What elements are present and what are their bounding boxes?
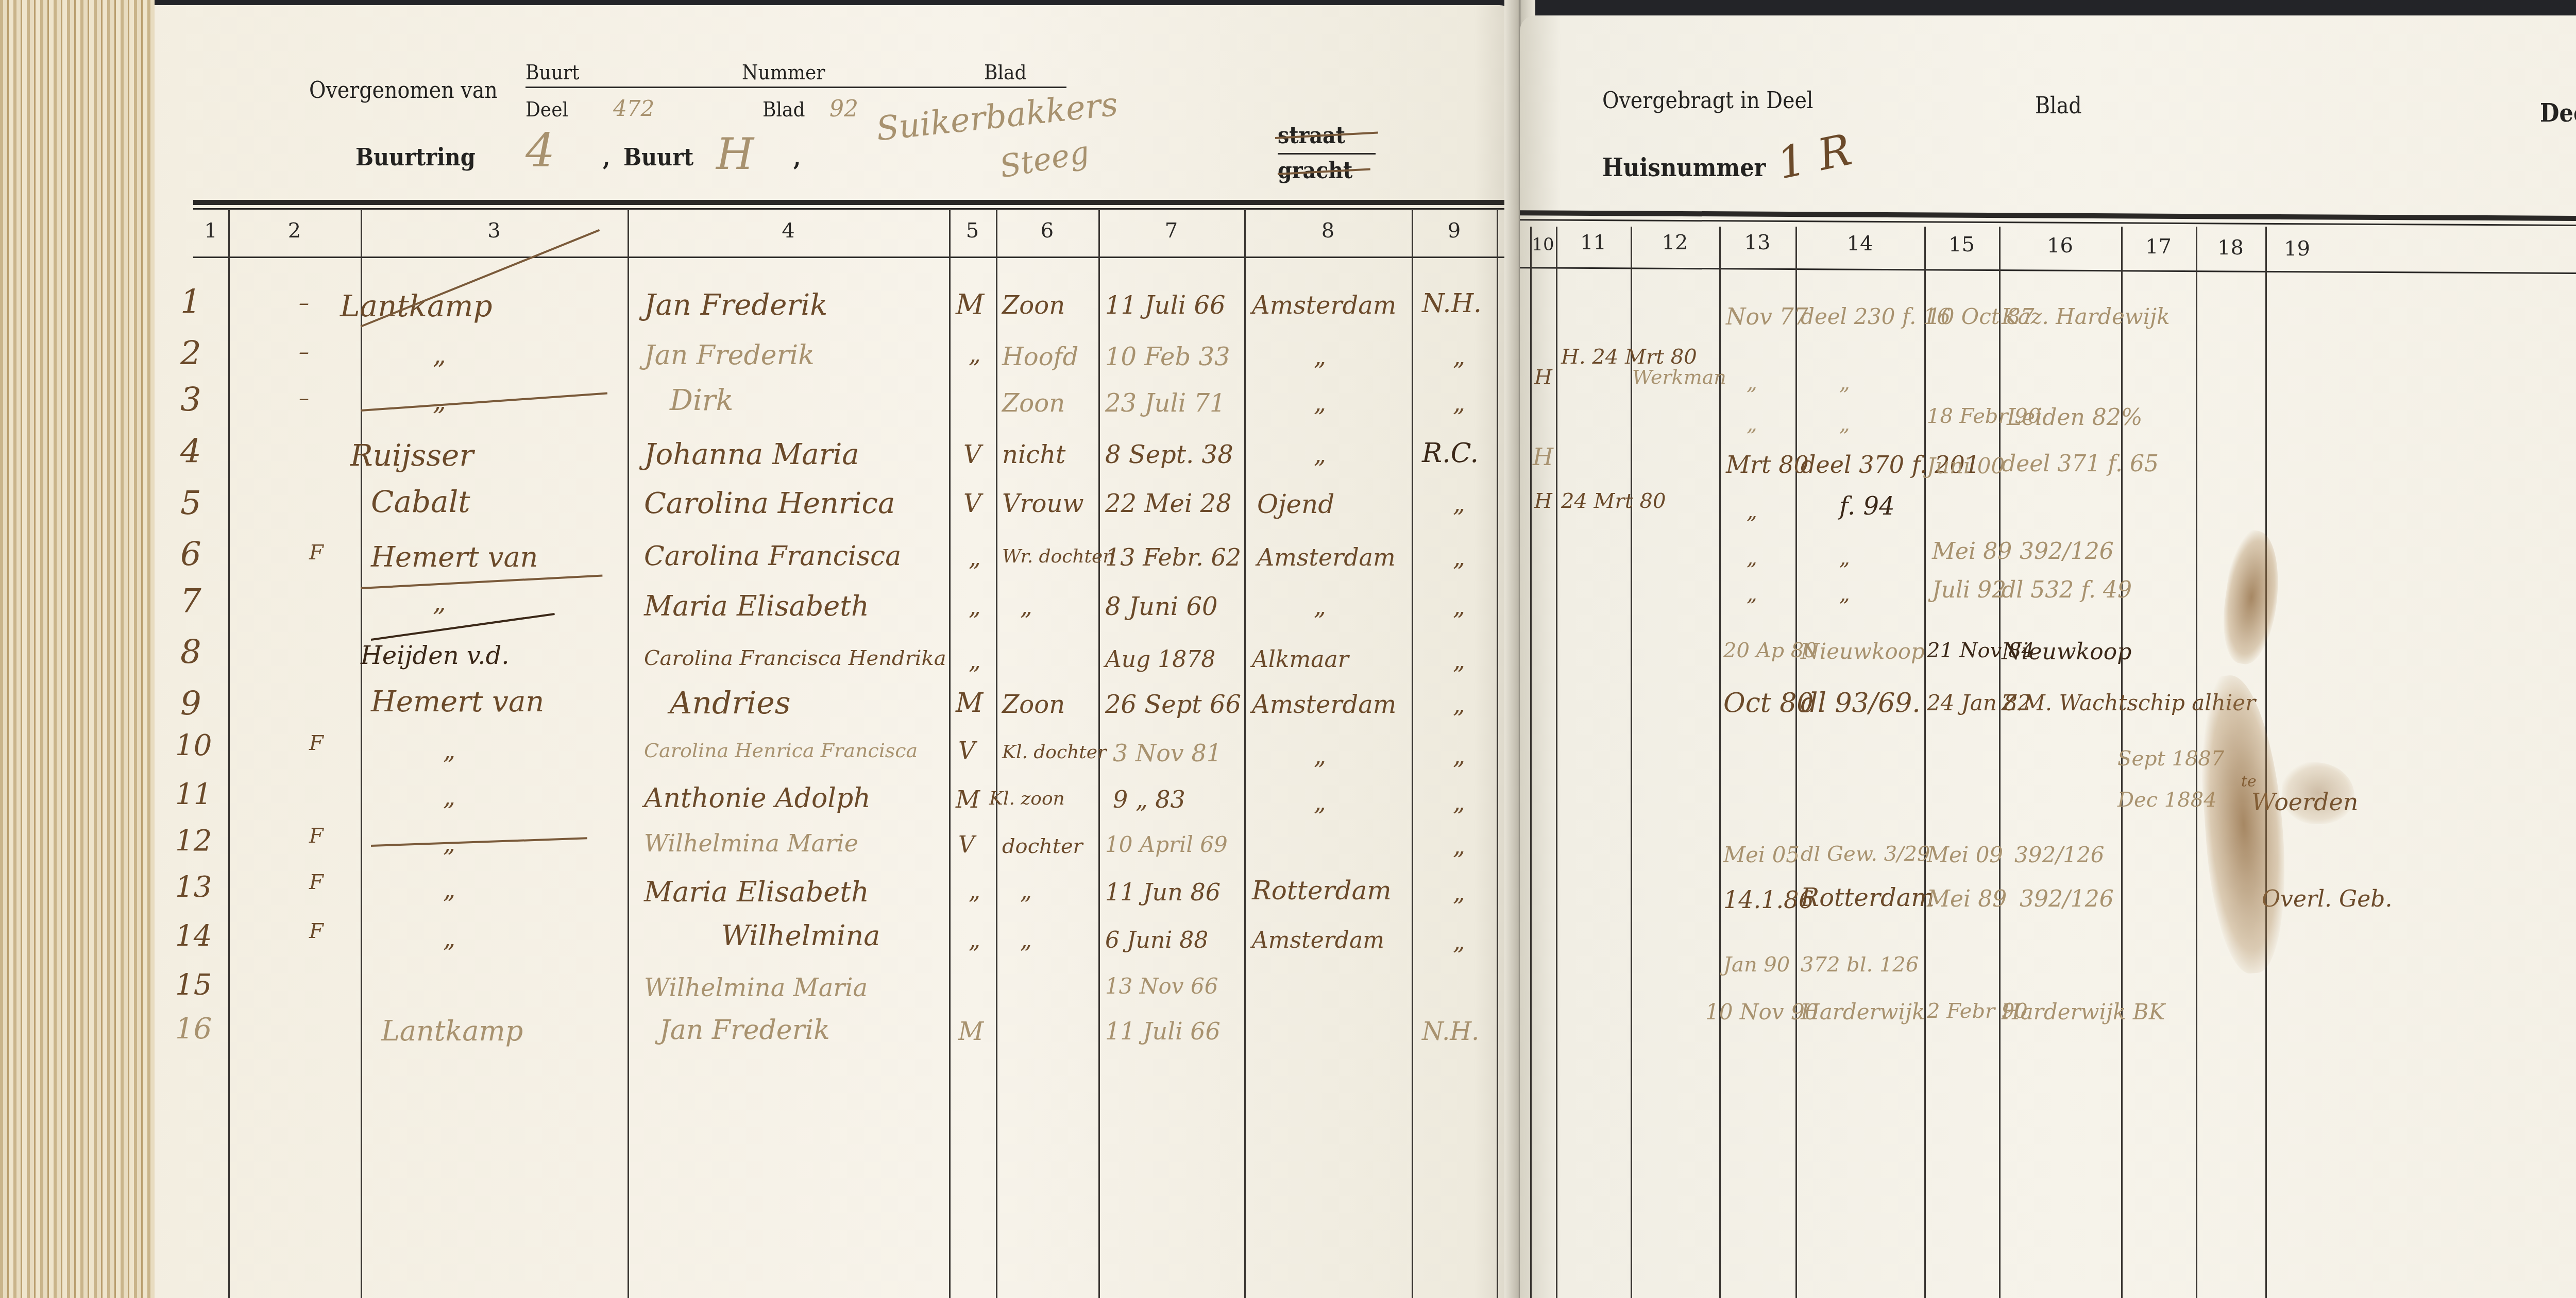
- surname: „: [443, 925, 455, 952]
- col-line: [949, 210, 951, 1298]
- col14-place: Rotterdam: [1801, 883, 1935, 912]
- given-names: Jan Frederik: [644, 288, 827, 322]
- relation: Kl. dochter: [1002, 742, 1106, 763]
- col15-date: Juli 92: [1932, 577, 2006, 603]
- row-number: 7: [180, 582, 201, 620]
- row-number: 3: [180, 381, 201, 419]
- col9-value: „: [1453, 543, 1465, 571]
- col14-place: Harderwijk: [1801, 999, 1925, 1024]
- sex: V: [958, 737, 975, 764]
- col-number: 10: [1530, 234, 1556, 255]
- col16-place: Leiden 82%: [2007, 404, 2143, 431]
- col14-ref: „: [1839, 582, 1850, 606]
- buurt-label-top: Buurt: [526, 61, 579, 84]
- col-line: [1412, 210, 1413, 1298]
- birth-place: „: [1314, 592, 1326, 620]
- birth-place: „: [1314, 440, 1326, 468]
- table-top-rule-2: [193, 208, 1515, 210]
- col14-ref: dl 93/69.: [1801, 688, 1921, 719]
- surname: Lantkamp: [381, 1015, 523, 1047]
- sex: „: [969, 878, 980, 904]
- col10-mark: H: [1534, 366, 1552, 389]
- given-names: Carolina Henrica: [644, 487, 895, 520]
- relation: Vrouw: [1002, 489, 1084, 518]
- birth-place: „: [1314, 788, 1326, 816]
- col16-ref: dl 532 f. 49: [2002, 577, 2132, 603]
- col2-mark: F: [309, 731, 324, 755]
- sex: M: [956, 288, 984, 321]
- surname: Cabalt: [371, 484, 470, 519]
- birth-date: 11 Jun 86: [1105, 878, 1221, 906]
- surname-strikethrough: [361, 574, 603, 589]
- col2-mark: –: [299, 291, 309, 315]
- water-stain: [2195, 672, 2293, 976]
- col-number: 16: [1999, 234, 2121, 258]
- row-number: 8: [180, 634, 201, 672]
- col-number: 9: [1412, 219, 1497, 243]
- birth-date: 11 Juli 66: [1105, 291, 1226, 320]
- col-number: 12: [1631, 231, 1719, 254]
- blad-label: Blad: [2035, 93, 2082, 119]
- col9-value: „: [1453, 343, 1465, 370]
- sex: V: [963, 440, 981, 469]
- col16-place: Harderwijk BK: [2002, 999, 2165, 1024]
- col-number: 8: [1244, 219, 1412, 243]
- sex: M: [958, 1017, 984, 1046]
- header-bottom-rule: [193, 257, 1515, 258]
- birth-date: 9 „ 83: [1113, 785, 1185, 813]
- relation: Zoon: [1002, 291, 1065, 320]
- relation: Wr. dochter: [1002, 546, 1112, 567]
- col2-mark: F: [309, 870, 324, 894]
- deel-label: Deel: [2540, 99, 2576, 128]
- col13-date: „: [1747, 371, 1757, 395]
- row-number: 14: [175, 919, 212, 953]
- sex: „: [969, 927, 980, 953]
- surname: Heijden v.d.: [361, 641, 509, 670]
- given-names: Carolina Francisca: [644, 541, 901, 572]
- row-number: 1: [180, 283, 201, 321]
- birth-date: 22 Mei 28: [1105, 489, 1232, 518]
- overgenomen-label: Overgenomen van: [309, 77, 498, 104]
- birth-date: 13 Nov 66: [1105, 973, 1218, 999]
- relation: dochter: [1002, 834, 1083, 858]
- table-top-rule: [193, 200, 1515, 205]
- col-line: [1795, 227, 1797, 1298]
- col2-mark: F: [309, 919, 324, 943]
- col-line: [1556, 227, 1557, 1298]
- relation: nicht: [1002, 440, 1065, 469]
- col14-ref: dl Gew. 3/29: [1801, 842, 1930, 866]
- col16-ref: 392/126: [2020, 886, 2114, 912]
- col-number: 3: [361, 219, 628, 243]
- col13-date: „: [1747, 582, 1757, 606]
- birth-date: 26 Sept 66: [1105, 690, 1241, 719]
- straat-gracht-divider: [1278, 153, 1376, 155]
- col9-value: „: [1453, 690, 1465, 718]
- col14-ref: 372 bl. 126: [1801, 953, 1919, 977]
- col14-ref: f. 94: [1839, 492, 1895, 521]
- sex: M: [956, 785, 980, 813]
- col15-date: Mei 89: [1932, 538, 2012, 565]
- col14-ref: „: [1839, 412, 1850, 436]
- given-names: Maria Elisabeth: [644, 876, 869, 908]
- col16-ref: deel 371 f. 65: [2002, 451, 2159, 477]
- col15-date: Juni 00: [1927, 453, 2005, 479]
- surname: „: [443, 783, 455, 811]
- deel-label: Deel: [526, 98, 568, 122]
- header-divider: [526, 87, 1066, 88]
- given-names: Maria Elisabeth: [644, 590, 869, 622]
- relation: Hoofd: [1002, 343, 1078, 371]
- surname: „: [433, 386, 446, 416]
- col9-value: „: [1453, 878, 1465, 906]
- row-number: 12: [175, 824, 212, 858]
- birth-date: 11 Juli 66: [1105, 1017, 1221, 1045]
- comma-2: ,: [793, 143, 801, 171]
- birth-place: Rotterdam: [1252, 876, 1392, 906]
- nummer-label: Nummer: [742, 61, 825, 84]
- relation: „: [1020, 927, 1032, 953]
- given-names: Wilhelmina Marie: [644, 829, 858, 857]
- col-number: 11: [1556, 231, 1631, 254]
- col-line: [1497, 210, 1498, 1298]
- col-number: 15: [1924, 233, 1999, 257]
- col15-date: Mei 89: [1927, 886, 2007, 912]
- col16-place: Kaz. Hardewijk: [2002, 304, 2170, 329]
- surname: „: [433, 587, 446, 617]
- col-line: [228, 210, 230, 1298]
- sex: „: [969, 340, 981, 368]
- relation: „: [1020, 592, 1032, 620]
- surname: Lantkamp: [340, 288, 493, 323]
- row-number: 2: [180, 335, 201, 373]
- col13-date: Jan 90: [1723, 953, 1790, 977]
- birth-date: 8 Sept. 38: [1105, 440, 1233, 469]
- street-type-hand: Steeg: [997, 134, 1092, 185]
- blad-value: 92: [829, 96, 858, 122]
- col-line: [1924, 227, 1926, 1298]
- given-names: Carolina Henrica Francisca: [644, 739, 918, 762]
- right-page: Overgebragt in Deel Blad Deel 4 7 2 Blad…: [1520, 15, 2576, 1298]
- col9-value: R.C.: [1422, 438, 1479, 469]
- col10-mark: H: [1533, 443, 1553, 471]
- sex: V: [963, 489, 981, 518]
- col2-mark: F: [309, 824, 324, 848]
- water-stain: [2216, 527, 2286, 667]
- given-names: Wilhelmina: [721, 919, 880, 952]
- birth-place: Amsterdam: [1252, 291, 1396, 320]
- surname: Hemert van: [371, 685, 544, 719]
- birth-place: Alkmaar: [1252, 646, 1349, 673]
- huisnummer-label: Huisnummer: [1602, 153, 1766, 182]
- birth-date: Aug 1878: [1105, 646, 1215, 673]
- surname: „: [443, 737, 455, 764]
- col-line: [1999, 227, 2001, 1298]
- given-names: Dirk: [670, 384, 734, 417]
- birth-place: Amsterdam: [1252, 927, 1384, 953]
- row-number: 10: [175, 729, 212, 762]
- given-names: Carolina Francisca Hendrika: [644, 646, 946, 670]
- col-number: 5: [949, 219, 996, 243]
- sex: V: [958, 832, 975, 858]
- table-top-rule-2: [1520, 219, 2576, 227]
- header-bottom-rule: [1520, 267, 2576, 275]
- col16-place: Nieuwkoop: [2002, 639, 2131, 665]
- sex: „: [969, 592, 981, 620]
- given-names: Anthonie Adolph: [644, 783, 871, 814]
- buurtring-label: Buurtring: [355, 143, 476, 171]
- buurtring-value: 4: [526, 124, 555, 178]
- birth-date: 10 April 69: [1105, 832, 1228, 857]
- relation: „: [1020, 878, 1032, 904]
- surname-strikethrough: [371, 837, 587, 847]
- surname: „: [433, 340, 446, 370]
- col10-mark: H: [1534, 489, 1552, 513]
- col17-date: Dec 1884: [2117, 788, 2217, 812]
- col9-value: „: [1453, 927, 1465, 955]
- col14-ref: „: [1839, 371, 1850, 395]
- sex: „: [969, 646, 981, 674]
- col9-value: N.H.: [1422, 288, 1482, 318]
- col-number: 17: [2121, 235, 2196, 259]
- col9-value: „: [1453, 742, 1465, 770]
- row-number: 16: [175, 1012, 212, 1046]
- blad-label: Blad: [762, 98, 805, 122]
- given-names: Jan Frederik: [644, 340, 815, 371]
- birth-place: Amsterdam: [1257, 543, 1396, 571]
- col14-ref: „: [1839, 546, 1850, 570]
- row-number: 15: [175, 968, 212, 1002]
- col13-date: Mei 05: [1723, 842, 1800, 867]
- col-number: 4: [628, 219, 949, 243]
- birth-place: „: [1314, 389, 1326, 417]
- col16-ref: 392/126: [2014, 842, 2104, 867]
- col-line: [1244, 210, 1246, 1298]
- col-line: [361, 210, 362, 1298]
- col-number: 19: [2265, 237, 2329, 261]
- col-line: [628, 210, 629, 1298]
- sex: M: [956, 688, 983, 719]
- row-number: 6: [180, 536, 201, 574]
- birth-date: 23 Juli 71: [1105, 389, 1226, 418]
- comma-1: ,: [603, 143, 610, 171]
- col12-occupation: Werkman: [1632, 366, 1726, 388]
- surname: Hemert van: [371, 541, 538, 573]
- col-number: 6: [996, 219, 1098, 243]
- birth-date: 8 Juni 60: [1105, 592, 1218, 621]
- relation: Zoon: [1002, 389, 1065, 418]
- col13-date: Nov 77: [1726, 304, 1808, 330]
- birth-place: Amsterdam: [1252, 690, 1396, 719]
- birth-date: 3 Nov 81: [1113, 739, 1222, 767]
- birth-place: Ojend: [1257, 489, 1334, 519]
- col-number: 14: [1795, 232, 1924, 255]
- blad-label-top: Blad: [984, 61, 1026, 84]
- surname: Ruijsser: [350, 438, 473, 473]
- col2-mark: F: [309, 541, 324, 565]
- col13-date: „: [1747, 500, 1757, 523]
- col-number: 18: [2196, 236, 2265, 260]
- water-stain: [2282, 762, 2354, 824]
- col-line: [1530, 227, 1532, 1298]
- col9-value: „: [1453, 788, 1465, 816]
- deel-value: 472: [613, 96, 654, 121]
- col9-value: „: [1453, 489, 1465, 517]
- row-number: 4: [180, 433, 201, 471]
- col-number: 2: [228, 219, 361, 243]
- col11-date: 24 Mrt 80: [1561, 489, 1666, 513]
- given-names: Jan Frederik: [659, 1015, 830, 1046]
- birth-date: 13 Febr. 62: [1105, 543, 1241, 571]
- buurt-label: Buurt: [623, 143, 693, 171]
- buurt-value: H: [716, 129, 754, 179]
- row-number: 5: [180, 484, 201, 522]
- col14-place: Nieuwkoop: [1801, 639, 1925, 664]
- given-names: Andries: [670, 685, 791, 721]
- surname: „: [443, 876, 455, 903]
- col9-value: N.H.: [1422, 1017, 1479, 1046]
- col9-value: „: [1453, 389, 1465, 417]
- col9-value: „: [1453, 646, 1465, 674]
- row-number: 9: [180, 685, 201, 723]
- col-number: 13: [1719, 231, 1795, 254]
- row-number: 13: [175, 870, 212, 904]
- col-number: 1: [193, 219, 228, 243]
- col16-ref: 392/126: [2020, 538, 2114, 565]
- col-number: 7: [1098, 219, 1244, 243]
- overgebragt-label: Overgebragt in Deel: [1602, 88, 1814, 114]
- row-number: 11: [175, 778, 212, 811]
- given-names: Johanna Maria: [644, 438, 859, 471]
- col9-value: „: [1453, 592, 1465, 620]
- col13-date: „: [1747, 546, 1757, 570]
- relation: Zoon: [1002, 690, 1065, 719]
- left-page: Overgenomen van Buurt Nummer Blad Deel 4…: [155, 5, 1515, 1298]
- surname-strikethrough: [371, 613, 555, 641]
- relation: Kl. zoon: [989, 788, 1065, 809]
- col2-mark: –: [299, 386, 309, 410]
- col15-date: Mei 09: [1927, 842, 2003, 867]
- birth-place: „: [1314, 343, 1326, 370]
- huisnummer-value: 1 R: [1773, 124, 1856, 189]
- birth-date: 10 Feb 33: [1105, 343, 1230, 371]
- col13-date: „: [1747, 412, 1757, 436]
- col13-date: Mrt 80: [1726, 451, 1809, 479]
- given-names: Wilhelmina Maria: [644, 973, 868, 1002]
- col2-mark: –: [299, 340, 309, 364]
- col-line: [996, 210, 997, 1298]
- sex: „: [969, 543, 981, 571]
- surname-strikethrough: [361, 392, 607, 412]
- birth-place: „: [1314, 742, 1326, 770]
- page-stack-left: [0, 0, 155, 1298]
- birth-date: 6 Juni 88: [1105, 927, 1208, 953]
- col9-value: „: [1453, 832, 1465, 860]
